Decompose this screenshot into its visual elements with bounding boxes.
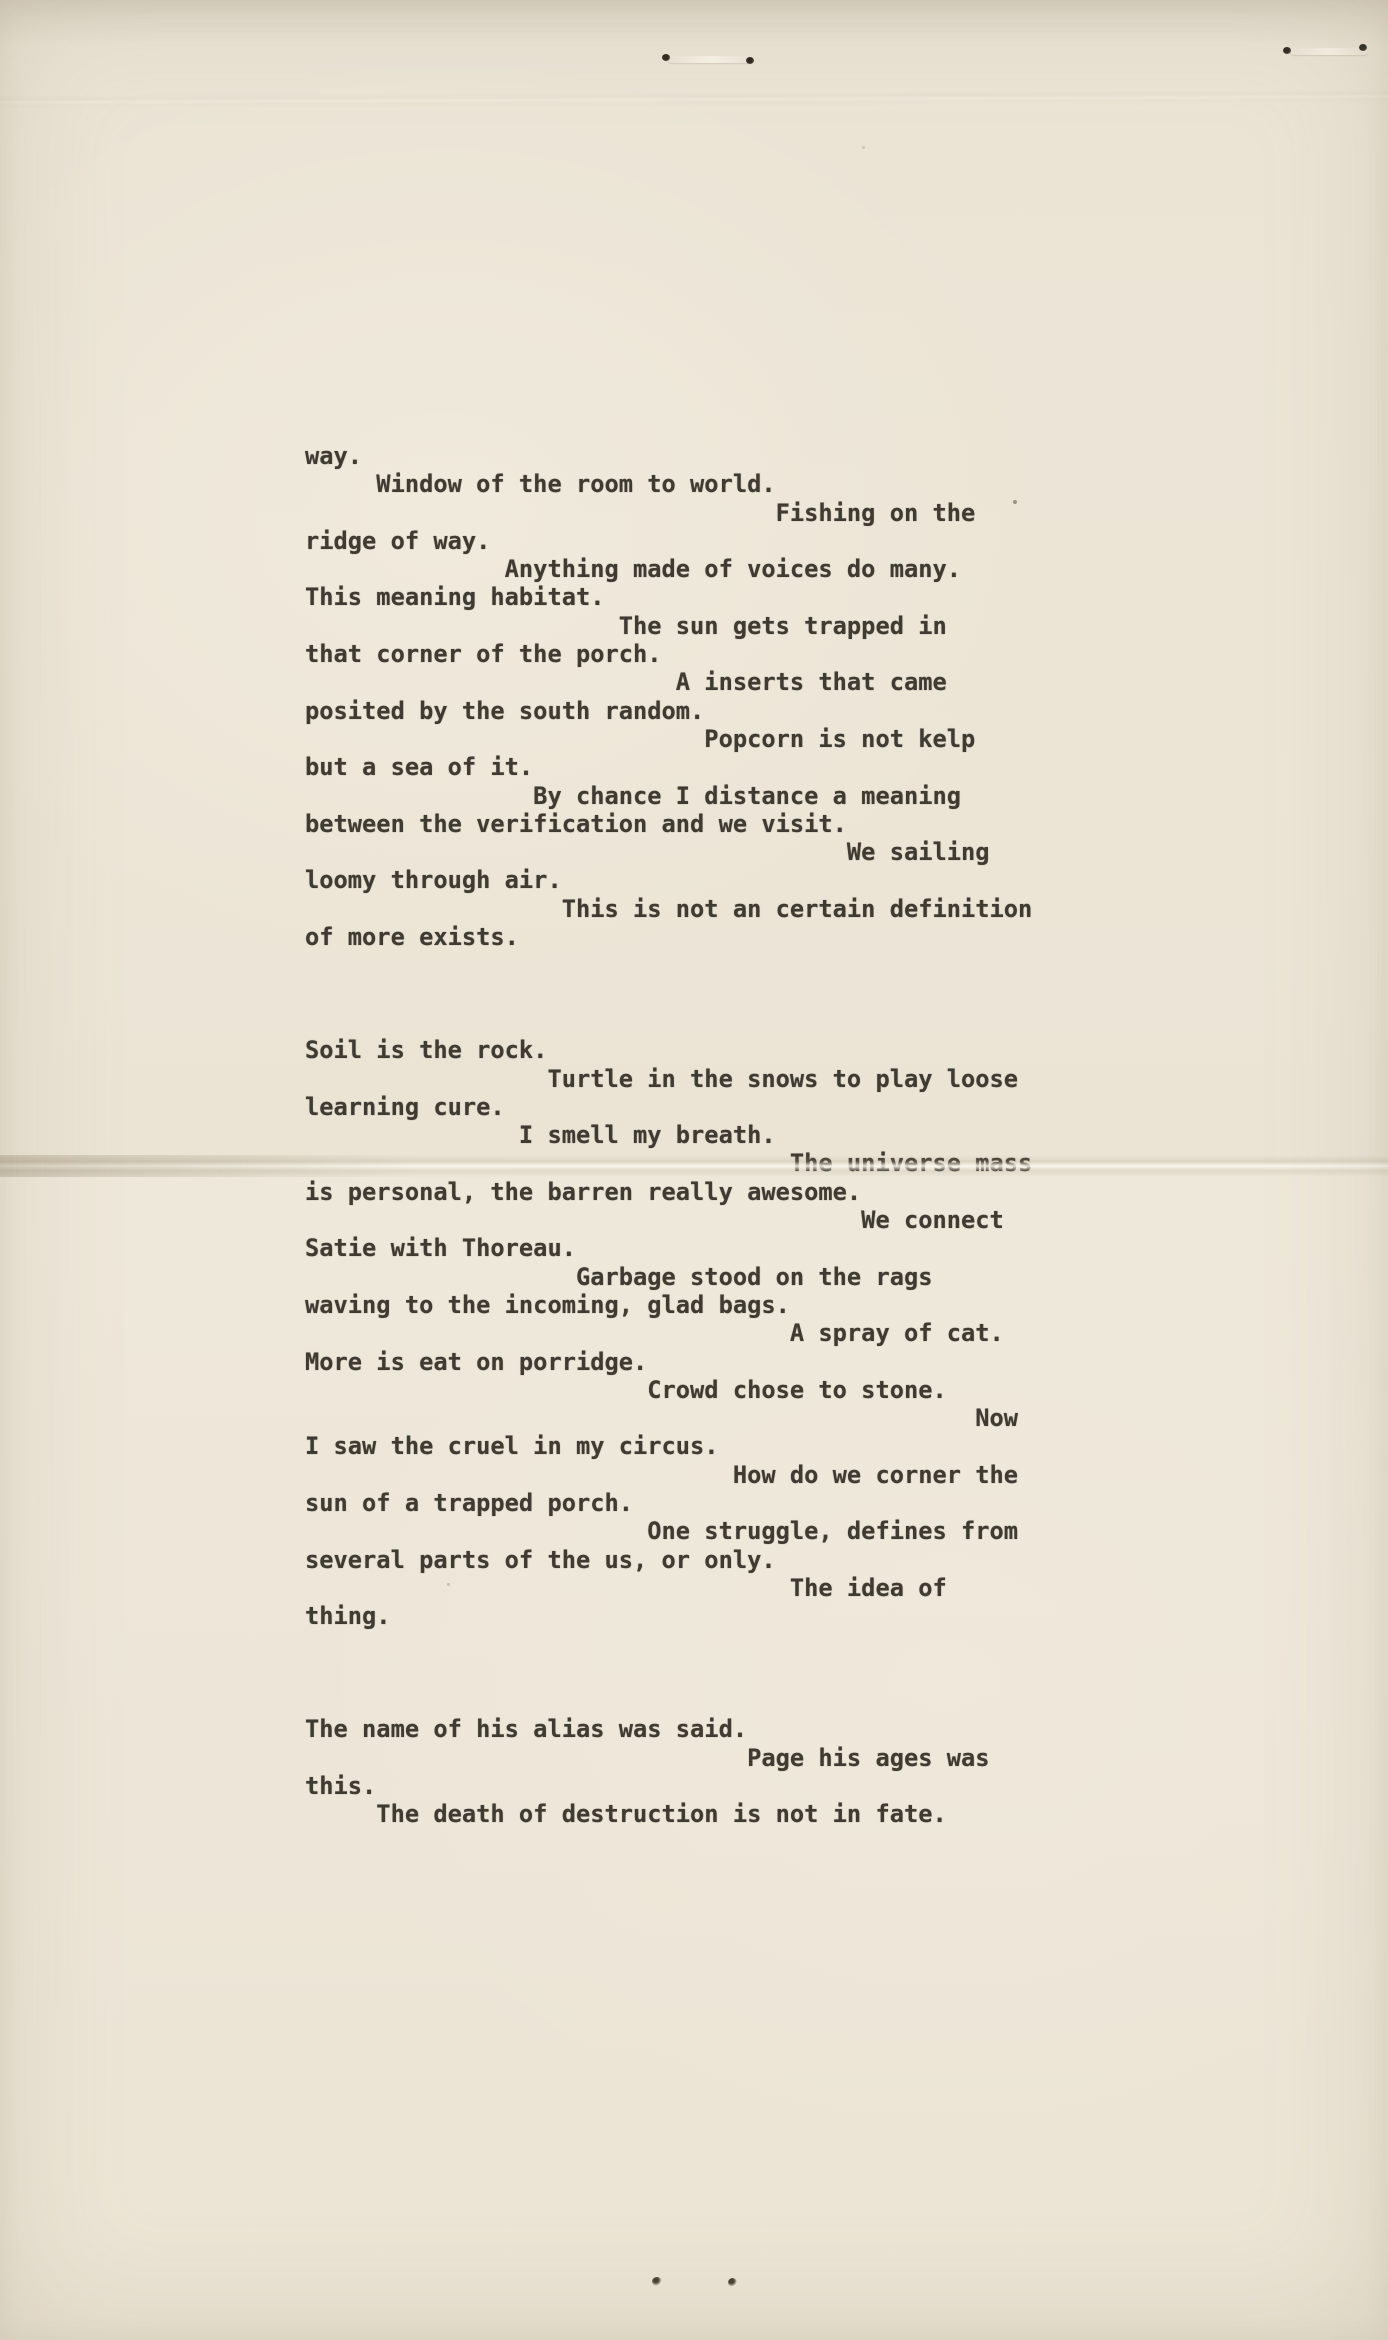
staple-scuff — [1290, 48, 1368, 55]
ink-speck — [447, 1583, 450, 1586]
staple-scuff — [668, 56, 754, 63]
staple-hole — [1283, 47, 1291, 54]
fold-crease-top — [0, 89, 1388, 109]
paper-sheet: way. Window of the room to world. Fishin… — [0, 0, 1388, 2340]
ink-speck — [1013, 500, 1017, 504]
staple-hole — [728, 2278, 737, 2287]
poem-text: way. Window of the room to world. Fishin… — [305, 442, 1032, 1829]
staple-hole — [652, 2277, 662, 2286]
staple-hole — [1359, 44, 1367, 51]
paper-edge-shading — [0, 0, 1388, 46]
fold-crease-middle — [0, 1155, 1388, 1177]
ink-speck — [925, 1592, 928, 1595]
ink-speck — [862, 146, 865, 149]
staple-hole — [662, 54, 670, 61]
staple-hole — [746, 57, 754, 64]
